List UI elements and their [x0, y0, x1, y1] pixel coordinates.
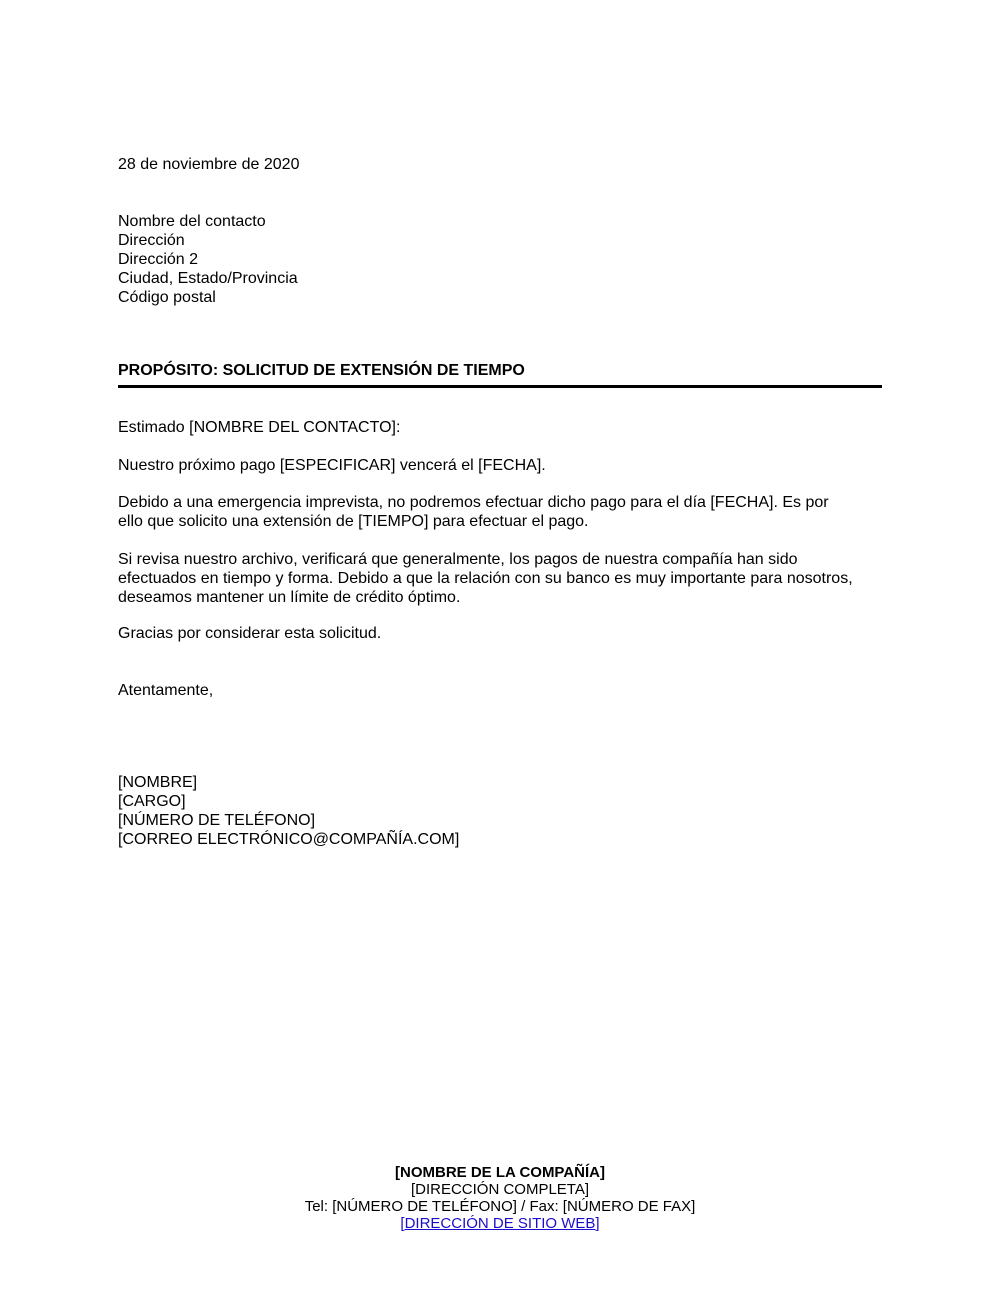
address-line: Nombre del contacto: [118, 212, 298, 231]
address-line: Dirección 2: [118, 250, 298, 269]
paragraph-line: Nuestro próximo pago [ESPECIFICAR] vence…: [118, 456, 546, 475]
address-line: Código postal: [118, 288, 298, 307]
subject-divider: [118, 385, 882, 388]
closing: Atentamente,: [118, 681, 213, 700]
paragraph-line: Debido a una emergencia imprevista, no p…: [118, 493, 829, 512]
paragraph-line: deseamos mantener un límite de crédito ó…: [118, 588, 853, 607]
signature-phone: [NÚMERO DE TELÉFONO]: [118, 811, 459, 830]
body-paragraph: Si revisa nuestro archivo, verificará qu…: [118, 550, 853, 607]
company-footer: [NOMBRE DE LA COMPAÑÍA] [DIRECCIÓN COMPL…: [0, 1164, 1000, 1232]
body-paragraph: Gracias por considerar esta solicitud.: [118, 624, 381, 643]
body-paragraph: Debido a una emergencia imprevista, no p…: [118, 493, 829, 531]
signature-block: [NOMBRE] [CARGO] [NÚMERO DE TELÉFONO] [C…: [118, 773, 459, 849]
footer-address: [DIRECCIÓN COMPLETA]: [0, 1181, 1000, 1198]
footer-contact: Tel: [NÚMERO DE TELÉFONO] / Fax: [NÚMERO…: [0, 1198, 1000, 1215]
signature-email: [CORREO ELECTRÓNICO@COMPAÑÍA.COM]: [118, 830, 459, 849]
paragraph-line: efectuados en tiempo y forma. Debido a q…: [118, 569, 853, 588]
paragraph-line: ello que solicito una extensión de [TIEM…: [118, 512, 829, 531]
footer-website-link[interactable]: [DIRECCIÓN DE SITIO WEB]: [400, 1215, 599, 1232]
signature-title: [CARGO]: [118, 792, 459, 811]
subject-heading: PROPÓSITO: SOLICITUD DE EXTENSIÓN DE TIE…: [118, 361, 525, 380]
letter-page: 28 de noviembre de 2020 Nombre del conta…: [0, 0, 1000, 1290]
paragraph-line: Gracias por considerar esta solicitud.: [118, 624, 381, 643]
letter-date: 28 de noviembre de 2020: [118, 155, 299, 174]
recipient-address: Nombre del contacto Dirección Dirección …: [118, 212, 298, 307]
body-paragraph: Nuestro próximo pago [ESPECIFICAR] vence…: [118, 456, 546, 475]
address-line: Dirección: [118, 231, 298, 250]
greeting: Estimado [NOMBRE DEL CONTACTO]:: [118, 418, 400, 437]
address-line: Ciudad, Estado/Provincia: [118, 269, 298, 288]
paragraph-line: Si revisa nuestro archivo, verificará qu…: [118, 550, 853, 569]
signature-name: [NOMBRE]: [118, 773, 459, 792]
footer-company-name: [NOMBRE DE LA COMPAÑÍA]: [0, 1164, 1000, 1181]
